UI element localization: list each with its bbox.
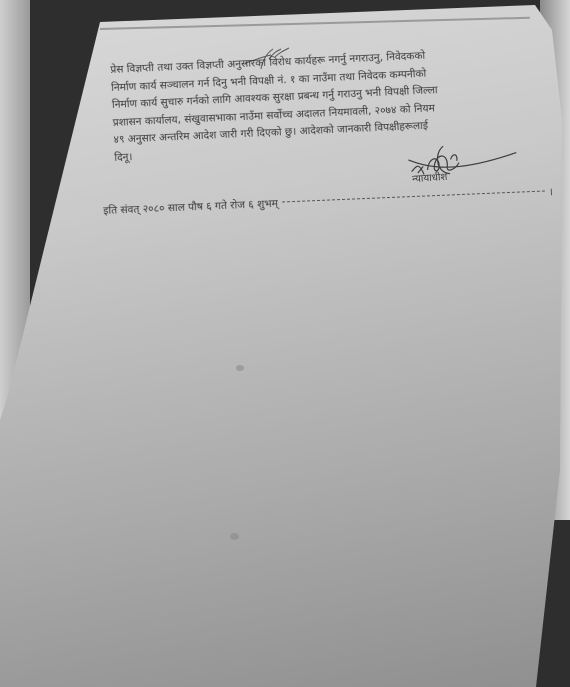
date-line: इति संवत् २०८० साल पौष ६ गते रोज ६ शुभम्…	[103, 185, 553, 218]
document-page: प्रेस विज्ञप्ती तथा उक्त विज्ञप्ती अनुसा…	[0, 0, 570, 687]
signatory-title: न्यायाधीश	[412, 169, 448, 185]
dashed-rule	[282, 190, 545, 202]
paper-speck	[236, 365, 244, 371]
end-mark: ।	[549, 185, 554, 199]
paper-speck	[230, 533, 239, 540]
closing-date-text: इति संवत् २०८० साल पौष ६ गते रोज ६ शुभम्	[103, 197, 278, 218]
paper-fold-edge	[100, 17, 530, 30]
